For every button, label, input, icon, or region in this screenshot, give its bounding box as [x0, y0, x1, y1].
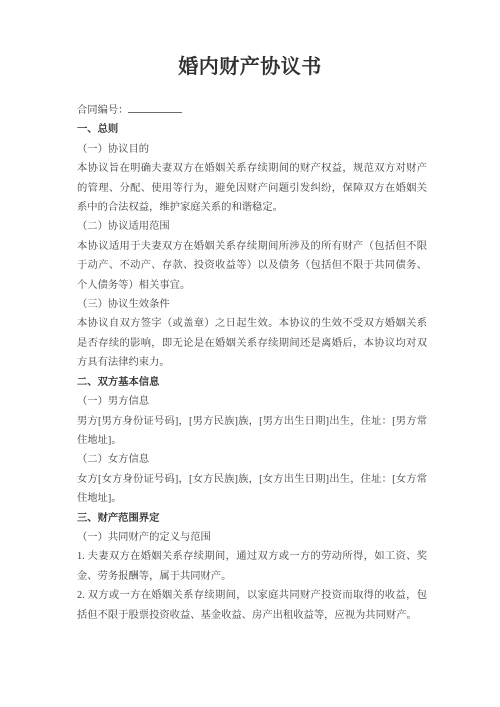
section-heading: 一、总则: [77, 120, 427, 139]
paragraph: 男方[男方身份证号码]，[男方民族]族，[男方出生日期]出生，住址：[男方常住地…: [77, 412, 427, 451]
paragraph: 女方[女方身份证号码]，[女方民族]族，[女方出生日期]出生，住址：[女方常住地…: [77, 470, 427, 509]
contract-number-blank: [128, 101, 182, 113]
contract-number-line: 合同编号：: [77, 101, 427, 120]
document-page: 婚内财产协议书 合同编号： 一、总则（一）协议目的本协议旨在明确夫妻双方在婚姻关…: [0, 0, 500, 707]
document-body: 合同编号： 一、总则（一）协议目的本协议旨在明确夫妻双方在婚姻关系存续期间的财产…: [77, 101, 427, 625]
paragraph: 2. 双方或一方在婚姻关系存续期间，以家庭共同财产投资而取得的收益，包括但不限于…: [77, 586, 427, 625]
paragraph: 本协议旨在明确夫妻双方在婚姻关系存续期间的财产权益，规范双方对财产的管理、分配、…: [77, 159, 427, 217]
subsection-heading: （二）协议适用范围: [77, 217, 427, 236]
subsection-heading: （三）协议生效条件: [77, 295, 427, 314]
paragraph: 本协议适用于夫妻双方在婚姻关系存续期间所涉及的所有财产（包括但不限于动产、不动产…: [77, 237, 427, 295]
document-lines: 一、总则（一）协议目的本协议旨在明确夫妻双方在婚姻关系存续期间的财产权益，规范双…: [77, 120, 427, 625]
subsection-heading: （一）共同财产的定义与范围: [77, 528, 427, 547]
paragraph: 本协议自双方签字（或盖章）之日起生效。本协议的生效不受双方婚姻关系是否存续的影响…: [77, 314, 427, 372]
subsection-heading: （一）男方信息: [77, 392, 427, 411]
paragraph: 1. 夫妻双方在婚姻关系存续期间，通过双方或一方的劳动所得，如工资、奖金、劳务报…: [77, 547, 427, 586]
section-heading: 二、双方基本信息: [77, 373, 427, 392]
section-heading: 三、财产范围界定: [77, 509, 427, 528]
document-title: 婚内财产协议书: [0, 0, 500, 80]
subsection-heading: （一）协议目的: [77, 140, 427, 159]
subsection-heading: （二）女方信息: [77, 450, 427, 469]
contract-number-label: 合同编号：: [77, 105, 128, 116]
